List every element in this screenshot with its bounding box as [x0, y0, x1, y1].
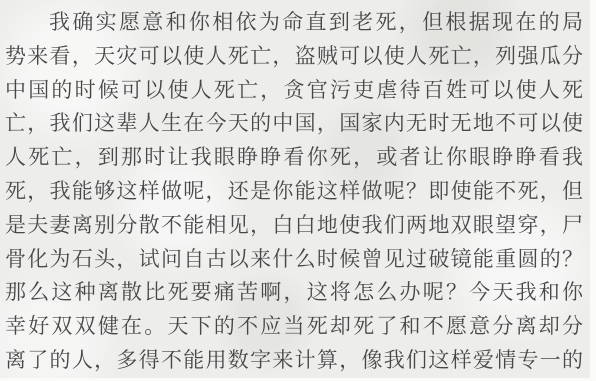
text-line-11: 离了的人，多得不能用数字来计算，像我们这样爱情专一的 [5, 344, 583, 378]
text-line-8: 骨化为石头，试问自古以来什么时候曾见过破镜能重圆的？ [5, 243, 583, 277]
scanned-document-page: 我确实愿意和你相依为命直到老死，但根据现在的局 势来看，天灾可以使人死亡，盗贼可… [0, 0, 590, 378]
text-line-2: 势来看，天灾可以使人死亡，盗贼可以使人死亡，列强瓜分 [5, 40, 583, 74]
text-line-9: 那么这种离散比死要痛苦啊，这将怎么办呢？今天我和你 [5, 276, 583, 310]
text-line-4: 亡，我们这辈人生在今天的中国，国家内无时无地不可以使 [5, 107, 583, 141]
text-line-6: 死，我能够这样做呢，还是你能这样做呢？即使能不死，但 [5, 175, 583, 209]
text-line-5: 人死亡，到那时让我眼睁睁看你死，或者让你眼睁睁看我 [5, 141, 583, 175]
text-line-1: 我确实愿意和你相依为命直到老死，但根据现在的局 [5, 6, 583, 40]
text-line-3: 中国的时候可以使人死亡，贪官污吏虐待百姓可以使人死 [5, 74, 583, 108]
paragraph-text: 我确实愿意和你相依为命直到老死，但根据现在的局 势来看，天灾可以使人死亡，盗贼可… [5, 6, 583, 378]
text-line-7: 是夫妻离别分散不能相见，白白地使我们两地双眼望穿，尸 [5, 209, 583, 243]
text-line-10: 幸好双双健在。天下的不应当死却死了和不愿意分离却分 [5, 310, 583, 344]
